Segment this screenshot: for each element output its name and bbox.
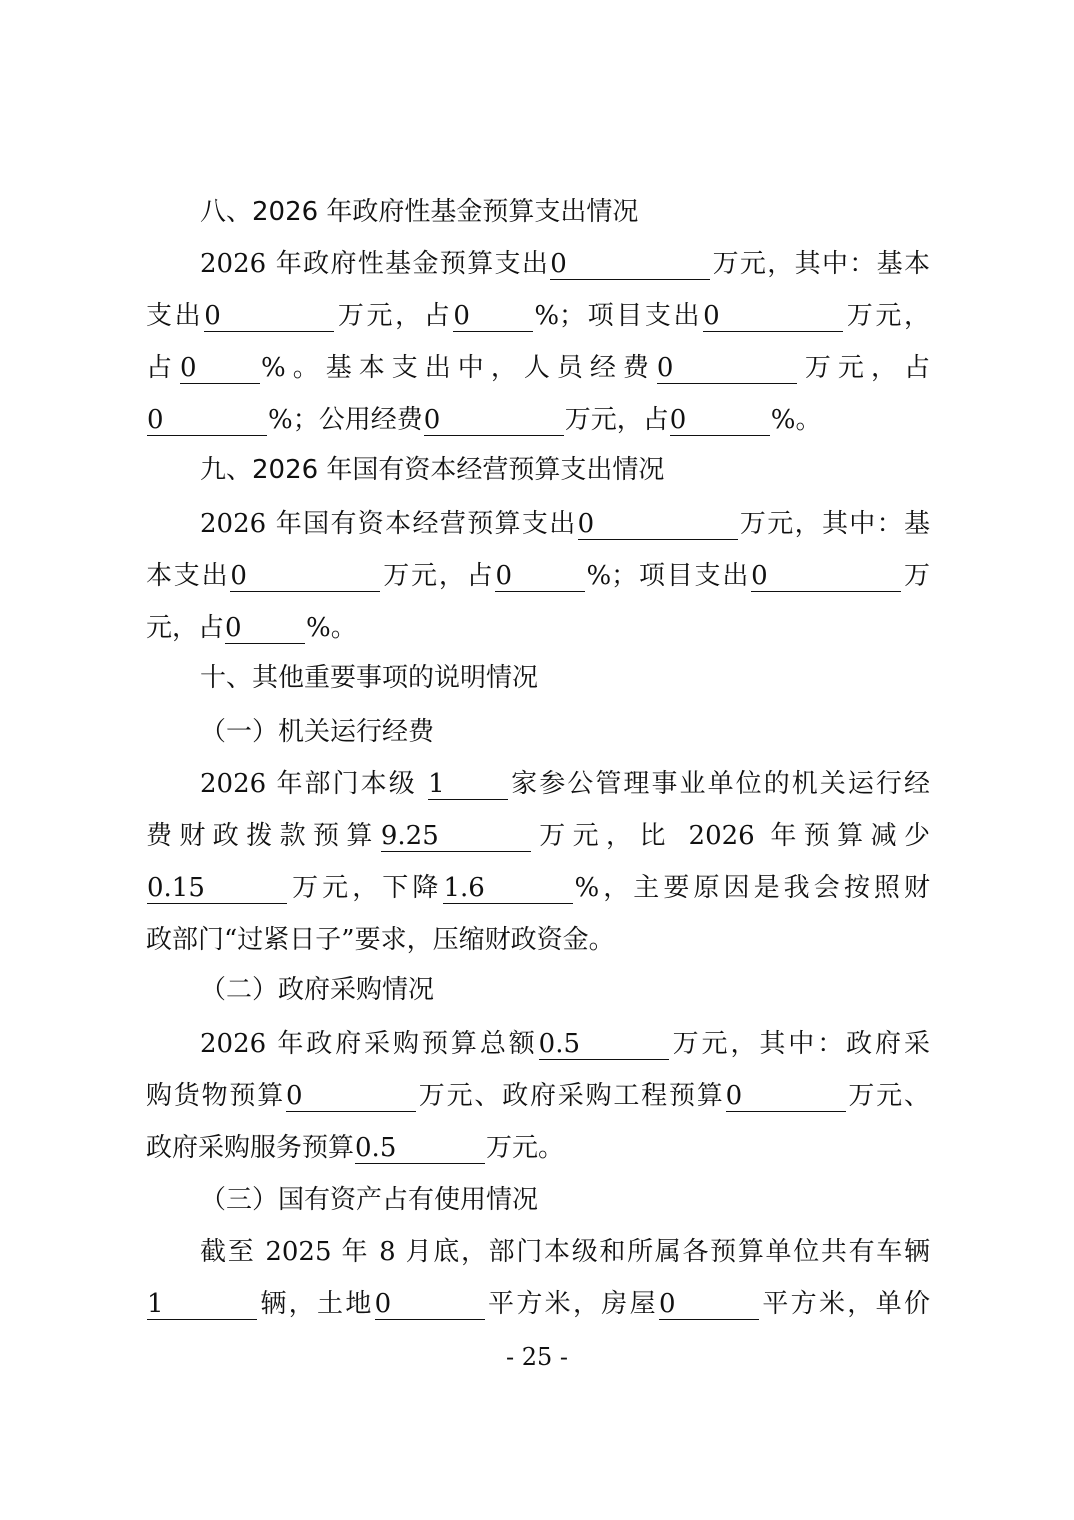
text-segment: 万元，占 [335, 301, 452, 331]
filled-blank-value: 0 [230, 561, 380, 592]
text-segment: 2026 年部门本级 [200, 769, 427, 799]
text-line: 占0%。基本支出中，人员经费0万元，占 [146, 348, 930, 388]
text-segment: %。 [306, 613, 357, 643]
text-segment: 本支出 [146, 561, 229, 591]
filled-blank-value: 0 [147, 405, 267, 436]
text-segment: %；项目支出 [586, 561, 750, 591]
text-segment: 家参公管理事业单位的机关运行经 [509, 769, 930, 799]
text-line: 2026 年国有资本经营预算支出0万元，其中：基 [200, 504, 930, 544]
section-heading: 十、其他重要事项的说明情况 [200, 658, 930, 698]
text-line: （二）政府采购情况 [200, 970, 930, 1010]
text-line: 元，占0%。 [146, 608, 930, 648]
text-line: （三）国有资产占有使用情况 [200, 1180, 930, 1220]
text-line: 截至 2025 年 8 月底，部门本级和所属各预算单位共有车辆 [200, 1232, 930, 1272]
text-segment: 九、2026 年国有资本经营预算支出情况 [200, 455, 664, 485]
text-segment: 平方米，房屋 [486, 1289, 658, 1319]
text-line: 1辆，土地0平方米，房屋0平方米，单价 [146, 1284, 930, 1324]
filled-blank-value: 0 [180, 353, 260, 384]
filled-blank-value: 0 [225, 613, 305, 644]
text-segment: %，主要原因是我会按照财 [574, 873, 930, 903]
text-segment: %。基本支出中，人员经费 [261, 353, 656, 383]
text-segment: 2026 年国有资本经营预算支出 [200, 509, 577, 539]
document-page: 八、2026 年政府性基金预算支出情况2026 年政府性基金预算支出0万元，其中… [0, 0, 1074, 1520]
text-line: 费财政拨款预算9.25万元，比 2026 年预算减少 [146, 816, 930, 856]
section-heading: 八、2026 年政府性基金预算支出情况 [200, 192, 930, 232]
text-segment: 万元，比 2026 年预算减少 [532, 821, 930, 851]
text-segment: 政府采购服务预算 [146, 1133, 354, 1163]
text-segment: 平方米，单价 [760, 1289, 930, 1319]
filled-blank-value: 1.6 [443, 873, 573, 904]
text-segment: %；项目支出 [534, 301, 702, 331]
text-line: 2026 年政府采购预算总额0.5万元，其中：政府采 [200, 1024, 930, 1064]
text-segment: 万元，占 [798, 353, 930, 383]
filled-blank-value: 0 [751, 561, 901, 592]
filled-blank-value: 0 [659, 1289, 759, 1320]
filled-blank-value: 0 [424, 405, 564, 436]
filled-blank-value: 1 [147, 1289, 257, 1320]
filled-blank-value: 0 [578, 509, 738, 540]
filled-blank-value: 0 [670, 405, 770, 436]
filled-blank-value: 0 [375, 1289, 485, 1320]
text-segment: 万元， [844, 301, 930, 331]
text-segment: 支出 [146, 301, 203, 331]
text-segment: %；公用经费 [268, 405, 423, 435]
filled-blank-value: 0 [286, 1081, 416, 1112]
filled-blank-value: 0 [703, 301, 843, 332]
section-heading: 九、2026 年国有资本经营预算支出情况 [200, 450, 930, 490]
text-segment: 万元、政府采购工程预算 [417, 1081, 725, 1111]
text-line: 2026 年政府性基金预算支出0万元，其中：基本 [200, 244, 930, 284]
text-line: 购货物预算0万元、政府采购工程预算0万元、 [146, 1076, 930, 1116]
text-segment: 政部门“过紧日子”要求，压缩财政资金。 [146, 925, 615, 955]
text-segment: 万元，其中：基本 [711, 249, 930, 279]
text-segment: 费财政拨款预算 [146, 821, 380, 851]
text-line: 政部门“过紧日子”要求，压缩财政资金。 [146, 920, 930, 960]
filled-blank-value: 0.15 [147, 873, 287, 904]
filled-blank-value: 0.5 [355, 1133, 485, 1164]
text-segment: 万 [902, 561, 930, 591]
page-number: - 25 - [0, 1340, 1074, 1374]
filled-blank-value: 0.5 [539, 1029, 669, 1060]
text-line: 本支出0万元，占0%；项目支出0万 [146, 556, 930, 596]
filled-blank-value: 9.25 [381, 821, 531, 852]
text-segment: （一）机关运行经费 [200, 717, 434, 747]
text-segment: 万元，占 [381, 561, 494, 591]
filled-blank-value: 0 [495, 561, 585, 592]
text-line: 0%；公用经费0万元，占0%。 [146, 400, 930, 440]
filled-blank-value: 0 [657, 353, 797, 384]
text-segment: 辆，土地 [258, 1289, 374, 1319]
text-segment: 万元、 [847, 1081, 930, 1111]
text-line: （一）机关运行经费 [200, 712, 930, 752]
text-segment: 万元，下降 [288, 873, 442, 903]
text-segment: 截至 2025 年 8 月底，部门本级和所属各预算单位共有车辆 [200, 1237, 930, 1267]
text-line: 政府采购服务预算0.5万元。 [146, 1128, 930, 1168]
text-segment: 购货物预算 [146, 1081, 285, 1111]
filled-blank-value: 0 [204, 301, 334, 332]
text-segment: %。 [771, 405, 822, 435]
text-segment: 万元，占 [565, 405, 669, 435]
text-segment: 万元，其中：基 [739, 509, 930, 539]
filled-blank-value: 1 [428, 769, 508, 800]
text-segment: 十、其他重要事项的说明情况 [200, 663, 538, 693]
text-segment: 占 [146, 353, 179, 383]
text-segment: 2026 年政府性基金预算支出 [200, 249, 549, 279]
text-segment: 八、2026 年政府性基金预算支出情况 [200, 197, 638, 227]
filled-blank-value: 0 [550, 249, 710, 280]
text-segment: 万元，其中：政府采 [670, 1029, 930, 1059]
text-line: 2026 年部门本级 1家参公管理事业单位的机关运行经 [200, 764, 930, 804]
filled-blank-value: 0 [726, 1081, 846, 1112]
text-segment: 2026 年政府采购预算总额 [200, 1029, 538, 1059]
text-segment: （三）国有资产占有使用情况 [200, 1185, 538, 1215]
text-segment: 万元。 [486, 1133, 564, 1163]
text-segment: （二）政府采购情况 [200, 975, 434, 1005]
filled-blank-value: 0 [453, 301, 533, 332]
text-line: 0.15万元，下降1.6%，主要原因是我会按照财 [146, 868, 930, 908]
text-line: 支出0万元，占0%；项目支出0万元， [146, 296, 930, 336]
text-segment: 元，占 [146, 613, 224, 643]
